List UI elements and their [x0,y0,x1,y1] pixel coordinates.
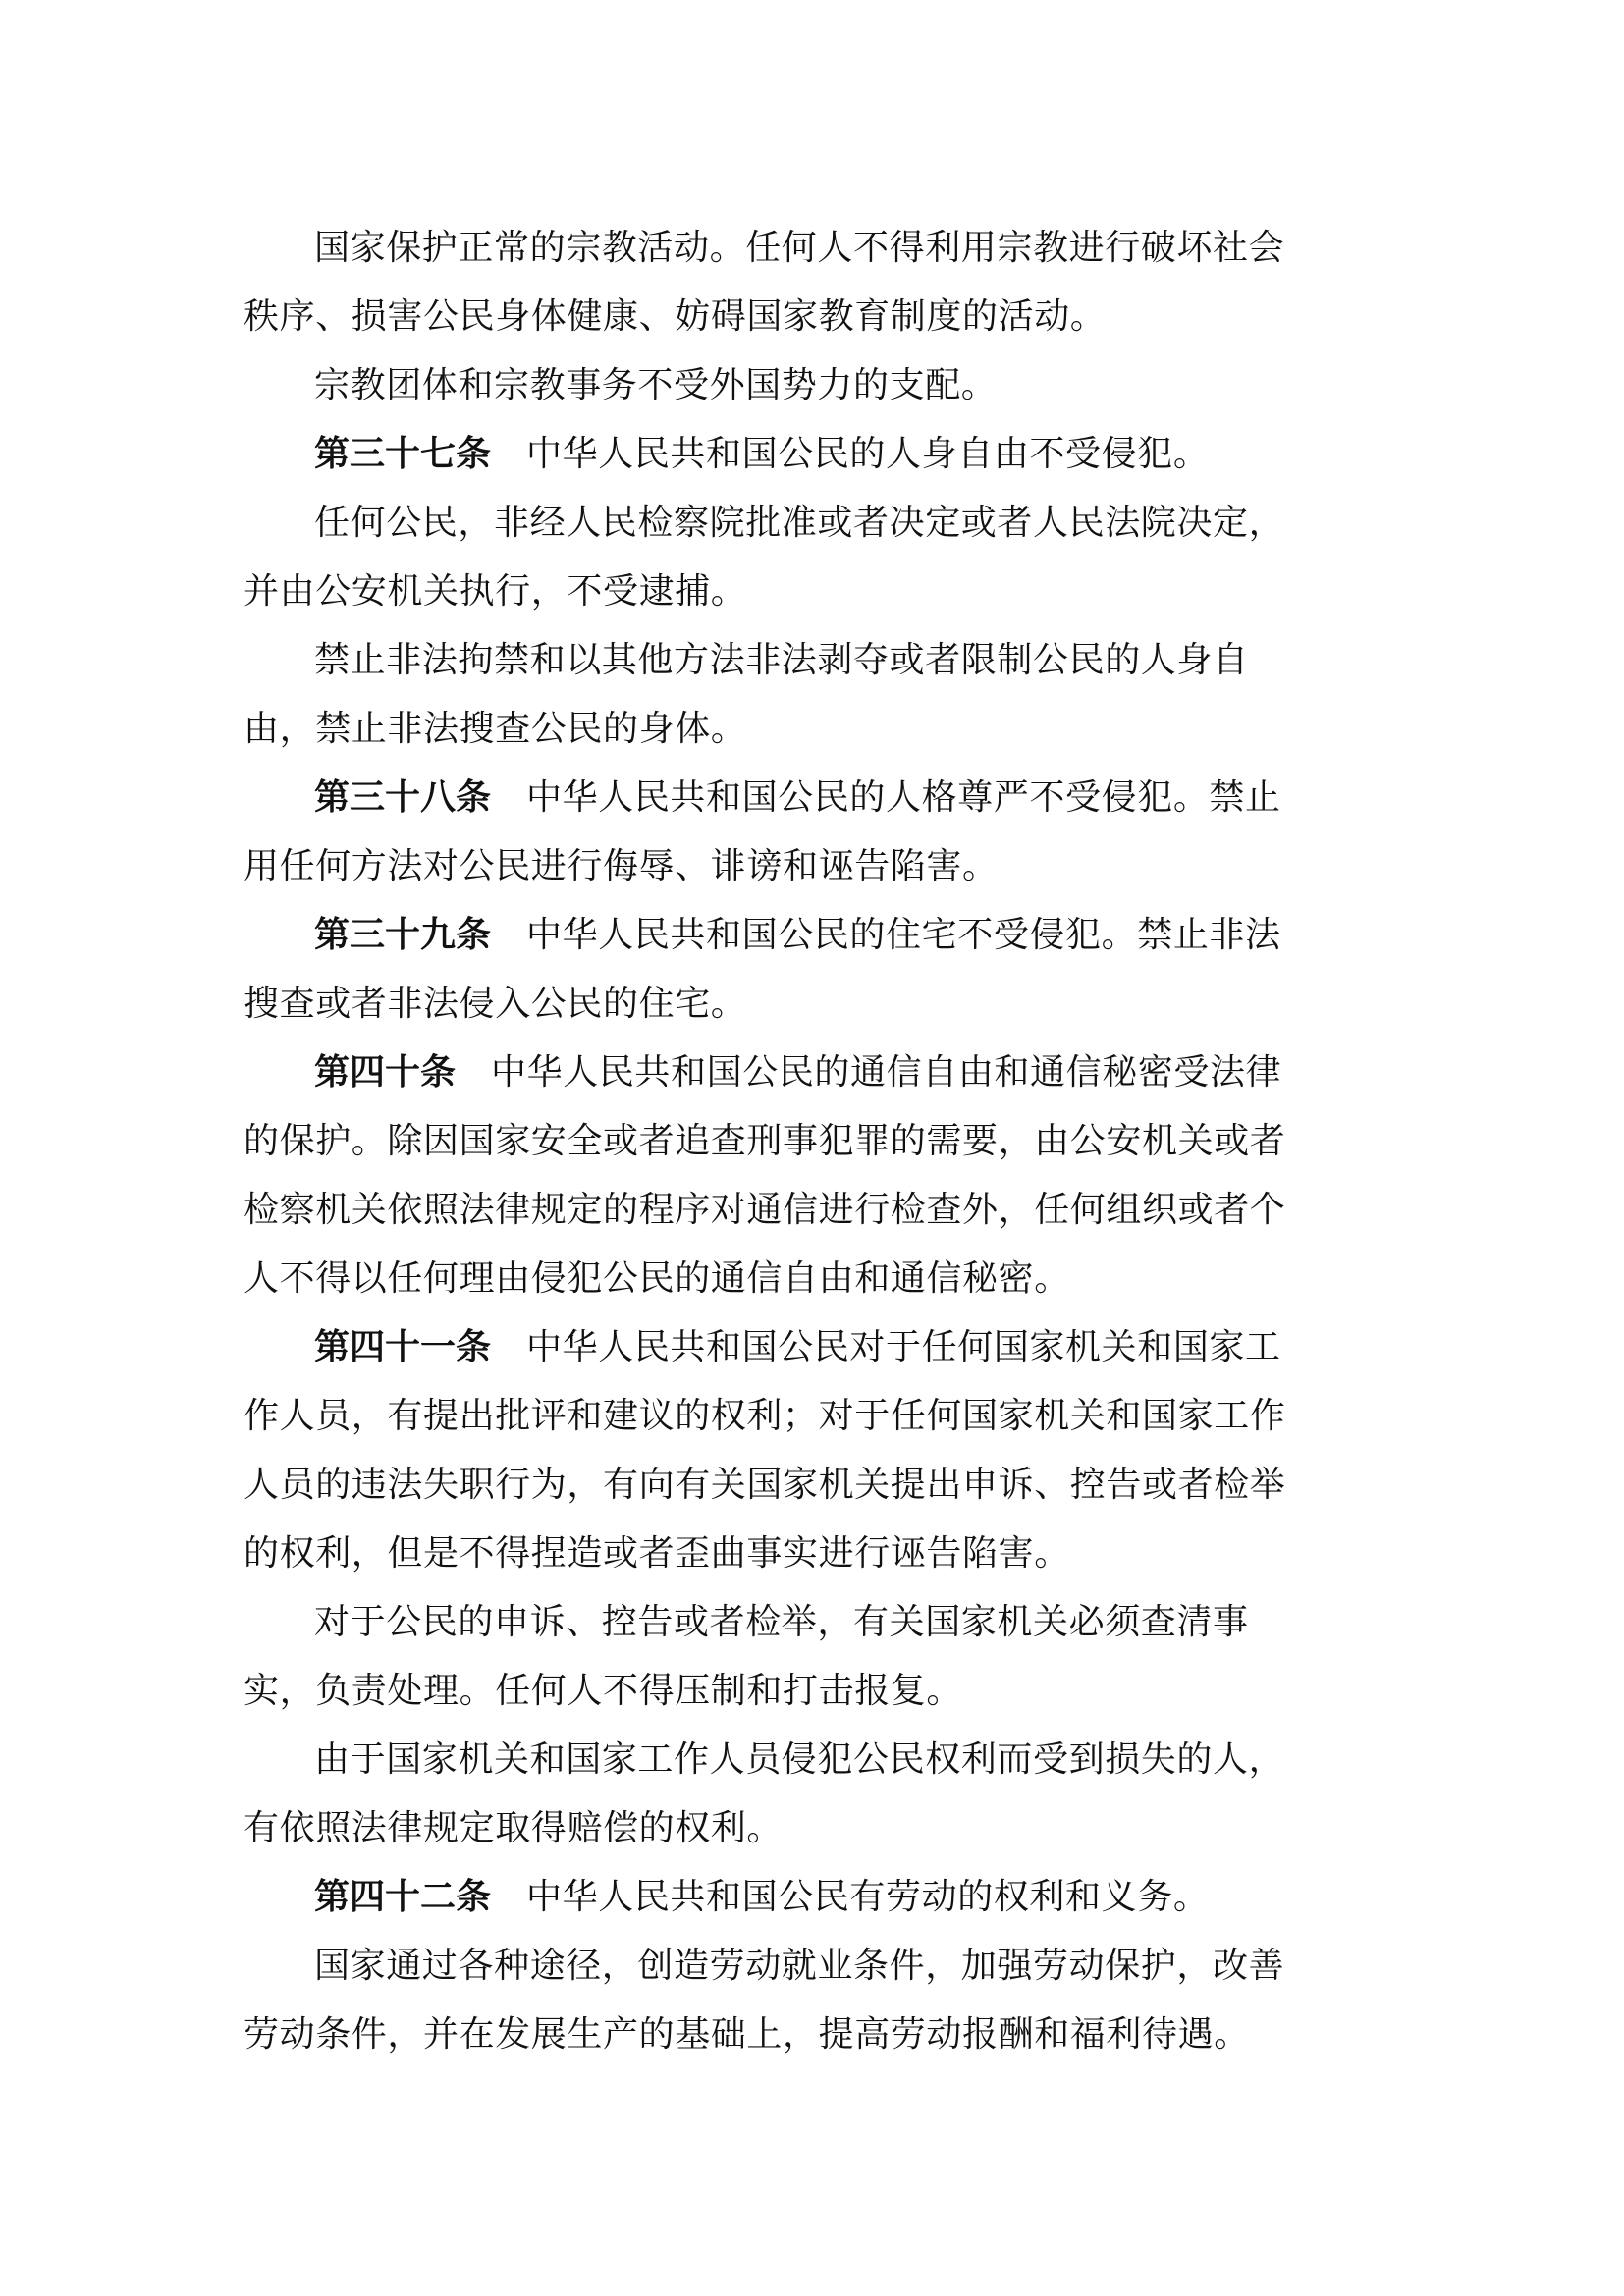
line-text: 国家保护正常的宗教活动。任何人不得利用宗教进行破坏社会 [314,228,1284,268]
line-text: 搜查或者非法侵入公民的住宅。 [244,984,746,1024]
article-heading-line: 第三十八条中华人民共和国公民的人格尊严不受侵犯。禁止 [244,764,1382,832]
article-heading-line: 第四十二条中华人民共和国公民有劳动的权利和义务。 [244,1863,1382,1932]
article-heading-line: 第四十一条中华人民共和国公民对于任何国家机关和国家工 [244,1313,1382,1382]
text-line: 禁止非法拘禁和以其他方法非法剥夺或者限制公民的人身自 [244,626,1382,695]
article-heading-line: 第三十七条中华人民共和国公民的人身自由不受侵犯。 [244,420,1382,489]
line-text: 中华人民共和国公民对于任何国家机关和国家工 [526,1327,1281,1367]
line-text: 中华人民共和国公民的通信自由和通信秘密受法律 [491,1052,1281,1093]
text-line: 并由公安机关执行，不受逮捕。 [244,558,1382,626]
article-number: 第四十二条 [314,1877,491,1917]
text-line: 秩序、损害公民身体健康、妨碍国家教育制度的活动。 [244,283,1382,351]
line-text: 用任何方法对公民进行侮辱、诽谤和诬告陷害。 [244,846,999,886]
document-page: 国家保护正常的宗教活动。任何人不得利用宗教进行破坏社会秩序、损害公民身体健康、妨… [0,0,1624,2296]
article-number: 第三十八条 [314,777,491,818]
text-line: 的权利，但是不得捏造或者歪曲事实进行诬告陷害。 [244,1520,1382,1588]
document-body: 国家保护正常的宗教活动。任何人不得利用宗教进行破坏社会秩序、损害公民身体健康、妨… [244,214,1382,2069]
article-heading-line: 第三十九条中华人民共和国公民的住宅不受侵犯。禁止非法 [244,901,1382,970]
line-text: 宗教团体和宗教事务不受外国势力的支配。 [314,365,997,405]
article-number: 第三十七条 [314,434,491,474]
text-line: 国家保护正常的宗教活动。任何人不得利用宗教进行破坏社会 [244,214,1382,283]
text-line: 作人员，有提出批评和建议的权利；对于任何国家机关和国家工作 [244,1382,1382,1451]
text-line: 搜查或者非法侵入公民的住宅。 [244,970,1382,1039]
line-text: 任何公民，非经人民检察院批准或者决定或者人民法院决定， [314,503,1284,543]
line-text: 有依照法律规定取得赔偿的权利。 [244,1808,783,1848]
line-text: 中华人民共和国公民的住宅不受侵犯。禁止非法 [526,915,1281,955]
line-text: 劳动条件，并在发展生产的基础上，提高劳动报酬和福利待遇。 [244,2014,1250,2055]
text-line: 实，负责处理。任何人不得压制和打击报复。 [244,1657,1382,1726]
text-line: 由于国家机关和国家工作人员侵犯公民权利而受到损失的人， [244,1726,1382,1794]
text-line: 劳动条件，并在发展生产的基础上，提高劳动报酬和福利待遇。 [244,2001,1382,2069]
text-line: 国家通过各种途径，创造劳动就业条件，加强劳动保护，改善 [244,1932,1382,2001]
text-line: 对于公民的申诉、控告或者检举，有关国家机关必须查清事 [244,1588,1382,1657]
line-text: 秩序、损害公民身体健康、妨碍国家教育制度的活动。 [244,296,1106,337]
article-heading-line: 第四十条中华人民共和国公民的通信自由和通信秘密受法律 [244,1039,1382,1107]
line-text: 由，禁止非法搜查公民的身体。 [244,709,746,749]
article-number: 第四十一条 [314,1327,491,1367]
line-text: 作人员，有提出批评和建议的权利；对于任何国家机关和国家工作 [244,1396,1285,1436]
line-text: 中华人民共和国公民有劳动的权利和义务。 [526,1877,1209,1917]
line-text: 人不得以任何理由侵犯公民的通信自由和通信秘密。 [244,1258,1070,1299]
line-text: 检察机关依照法律规定的程序对通信进行检查外，任何组织或者个 [244,1190,1285,1230]
line-text: 禁止非法拘禁和以其他方法非法剥夺或者限制公民的人身自 [314,640,1249,680]
line-text: 人员的违法失职行为，有向有关国家机关提出申诉、控告或者检举 [244,1465,1285,1505]
line-text: 的权利，但是不得捏造或者歪曲事实进行诬告陷害。 [244,1533,1070,1574]
text-line: 人不得以任何理由侵犯公民的通信自由和通信秘密。 [244,1245,1382,1313]
line-text: 实，负责处理。任何人不得压制和打击报复。 [244,1671,962,1711]
text-line: 人员的违法失职行为，有向有关国家机关提出申诉、控告或者检举 [244,1451,1382,1520]
text-line: 宗教团体和宗教事务不受外国势力的支配。 [244,351,1382,420]
line-text: 中华人民共和国公民的人格尊严不受侵犯。禁止 [526,777,1281,818]
text-line: 有依照法律规定取得赔偿的权利。 [244,1794,1382,1863]
text-line: 的保护。除因国家安全或者追查刑事犯罪的需要，由公安机关或者 [244,1107,1382,1176]
text-line: 任何公民，非经人民检察院批准或者决定或者人民法院决定， [244,489,1382,558]
line-text: 对于公民的申诉、控告或者检举，有关国家机关必须查清事 [314,1602,1249,1642]
text-line: 由，禁止非法搜查公民的身体。 [244,695,1382,764]
text-line: 用任何方法对公民进行侮辱、诽谤和诬告陷害。 [244,832,1382,901]
line-text: 的保护。除因国家安全或者追查刑事犯罪的需要，由公安机关或者 [244,1121,1285,1161]
line-text: 国家通过各种途径，创造劳动就业条件，加强劳动保护，改善 [314,1946,1284,1986]
article-number: 第三十九条 [314,915,491,955]
article-number: 第四十条 [314,1052,456,1093]
line-text: 并由公安机关执行，不受逮捕。 [244,571,746,612]
line-text: 中华人民共和国公民的人身自由不受侵犯。 [526,434,1209,474]
text-line: 检察机关依照法律规定的程序对通信进行检查外，任何组织或者个 [244,1176,1382,1245]
line-text: 由于国家机关和国家工作人员侵犯公民权利而受到损失的人， [314,1739,1284,1780]
